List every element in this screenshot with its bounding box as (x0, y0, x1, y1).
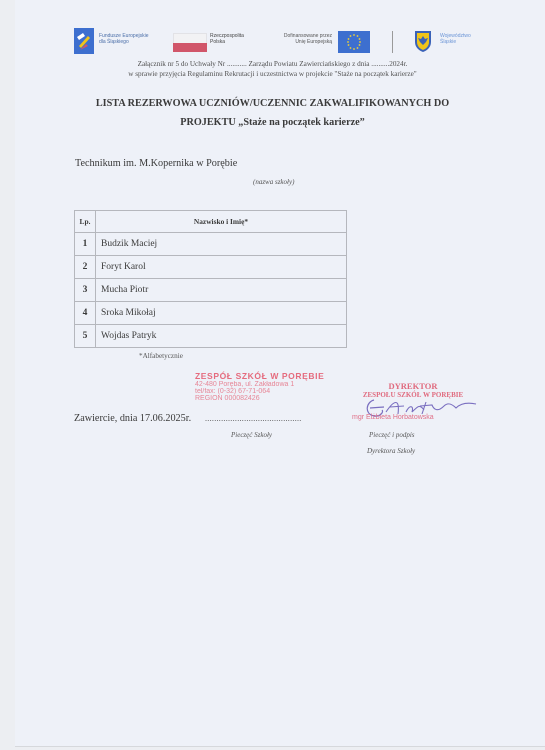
header-lp: Lp. (75, 211, 96, 233)
document-title-line-1: LISTA REZERWOWA UCZNIÓW/UCZENNIC ZAKWALI… (0, 98, 545, 109)
polish-flag-icon (173, 33, 207, 52)
school-stamp: ZESPÓŁ SZKÓŁ W PORĘBIE 42-480 Poręba, ul… (195, 371, 324, 402)
fundusze-europejskie-text: Fundusze Europejskiedla Śląskiego (99, 33, 148, 45)
school-stamp-line-1: ZESPÓŁ SZKÓŁ W PORĘBIE (195, 371, 324, 381)
row-number: 5 (75, 325, 96, 348)
row-number: 1 (75, 233, 96, 256)
row-name: Wojdas Patryk (96, 325, 347, 348)
row-name: Mucha Piotr (96, 279, 347, 302)
annex-line-1: Załącznik nr 5 do Uchwały Nr ...........… (0, 60, 545, 68)
school-stamp-line-2: 42-480 Poręba, ul. Zakładowa 1 (195, 381, 324, 388)
table-row: 4 Sroka Mikołaj (75, 302, 347, 325)
table-header-row: Lp. Nazwisko i Imię* (75, 211, 347, 233)
fundusze-europejskie-logo-icon (74, 28, 94, 54)
row-number: 4 (75, 302, 96, 325)
table-row: 1 Budzik Maciej (75, 233, 347, 256)
table-row: 3 Mucha Piotr (75, 279, 347, 302)
row-name: Sroka Mikołaj (96, 302, 347, 325)
stamp-placeholder-dots: ........................................… (205, 414, 302, 423)
row-number: 3 (75, 279, 96, 302)
place-and-date: Zawiercie, dnia 17.06.2025r. (74, 413, 191, 424)
rzeczpospolita-text: RzeczpospolitaPolska (210, 33, 244, 45)
logo-separator (392, 31, 393, 53)
school-name: Technikum im. M.Kopernika w Porębie (75, 158, 237, 169)
document-title-line-2: PROJEKTU „Staże na początek karierze” (0, 117, 545, 128)
school-stamp-label: Pieczęć Szkoły (231, 431, 272, 439)
silesia-crest-icon (414, 30, 432, 53)
school-stamp-line-3: tel/fax: (0-32) 67-71-064 (195, 388, 324, 395)
row-name: Budzik Maciej (96, 233, 347, 256)
table-footnote: *Alfabetycznie (139, 352, 183, 360)
annex-line-2: w sprawie przyjęcia Regulaminu Rekrutacj… (0, 70, 545, 78)
header-name: Nazwisko i Imię* (96, 211, 347, 233)
director-stamp-line-1: DYREKTOR (348, 381, 478, 391)
wojewodztwo-slaskie-text: WojewództwoŚląskie (440, 33, 471, 45)
table-row: 5 Wojdas Patryk (75, 325, 347, 348)
school-name-note: (nazwa szkoły) (253, 178, 294, 186)
director-label: Dyrektora Szkoły (367, 447, 415, 455)
reserve-list-table: Lp. Nazwisko i Imię* 1 Budzik Maciej 2 F… (74, 210, 347, 348)
stamp-signature-label: Pieczęć i podpis (369, 431, 415, 439)
table-row: 2 Foryt Karol (75, 256, 347, 279)
school-stamp-line-4: REGION 000082426 (195, 395, 324, 402)
row-number: 2 (75, 256, 96, 279)
eu-cofinanced-text: Dofinansowane przezUnię Europejską (270, 33, 332, 45)
eu-flag-icon (338, 31, 370, 53)
director-name: mgr Elżbieta Horbatowska (352, 414, 434, 421)
row-name: Foryt Karol (96, 256, 347, 279)
